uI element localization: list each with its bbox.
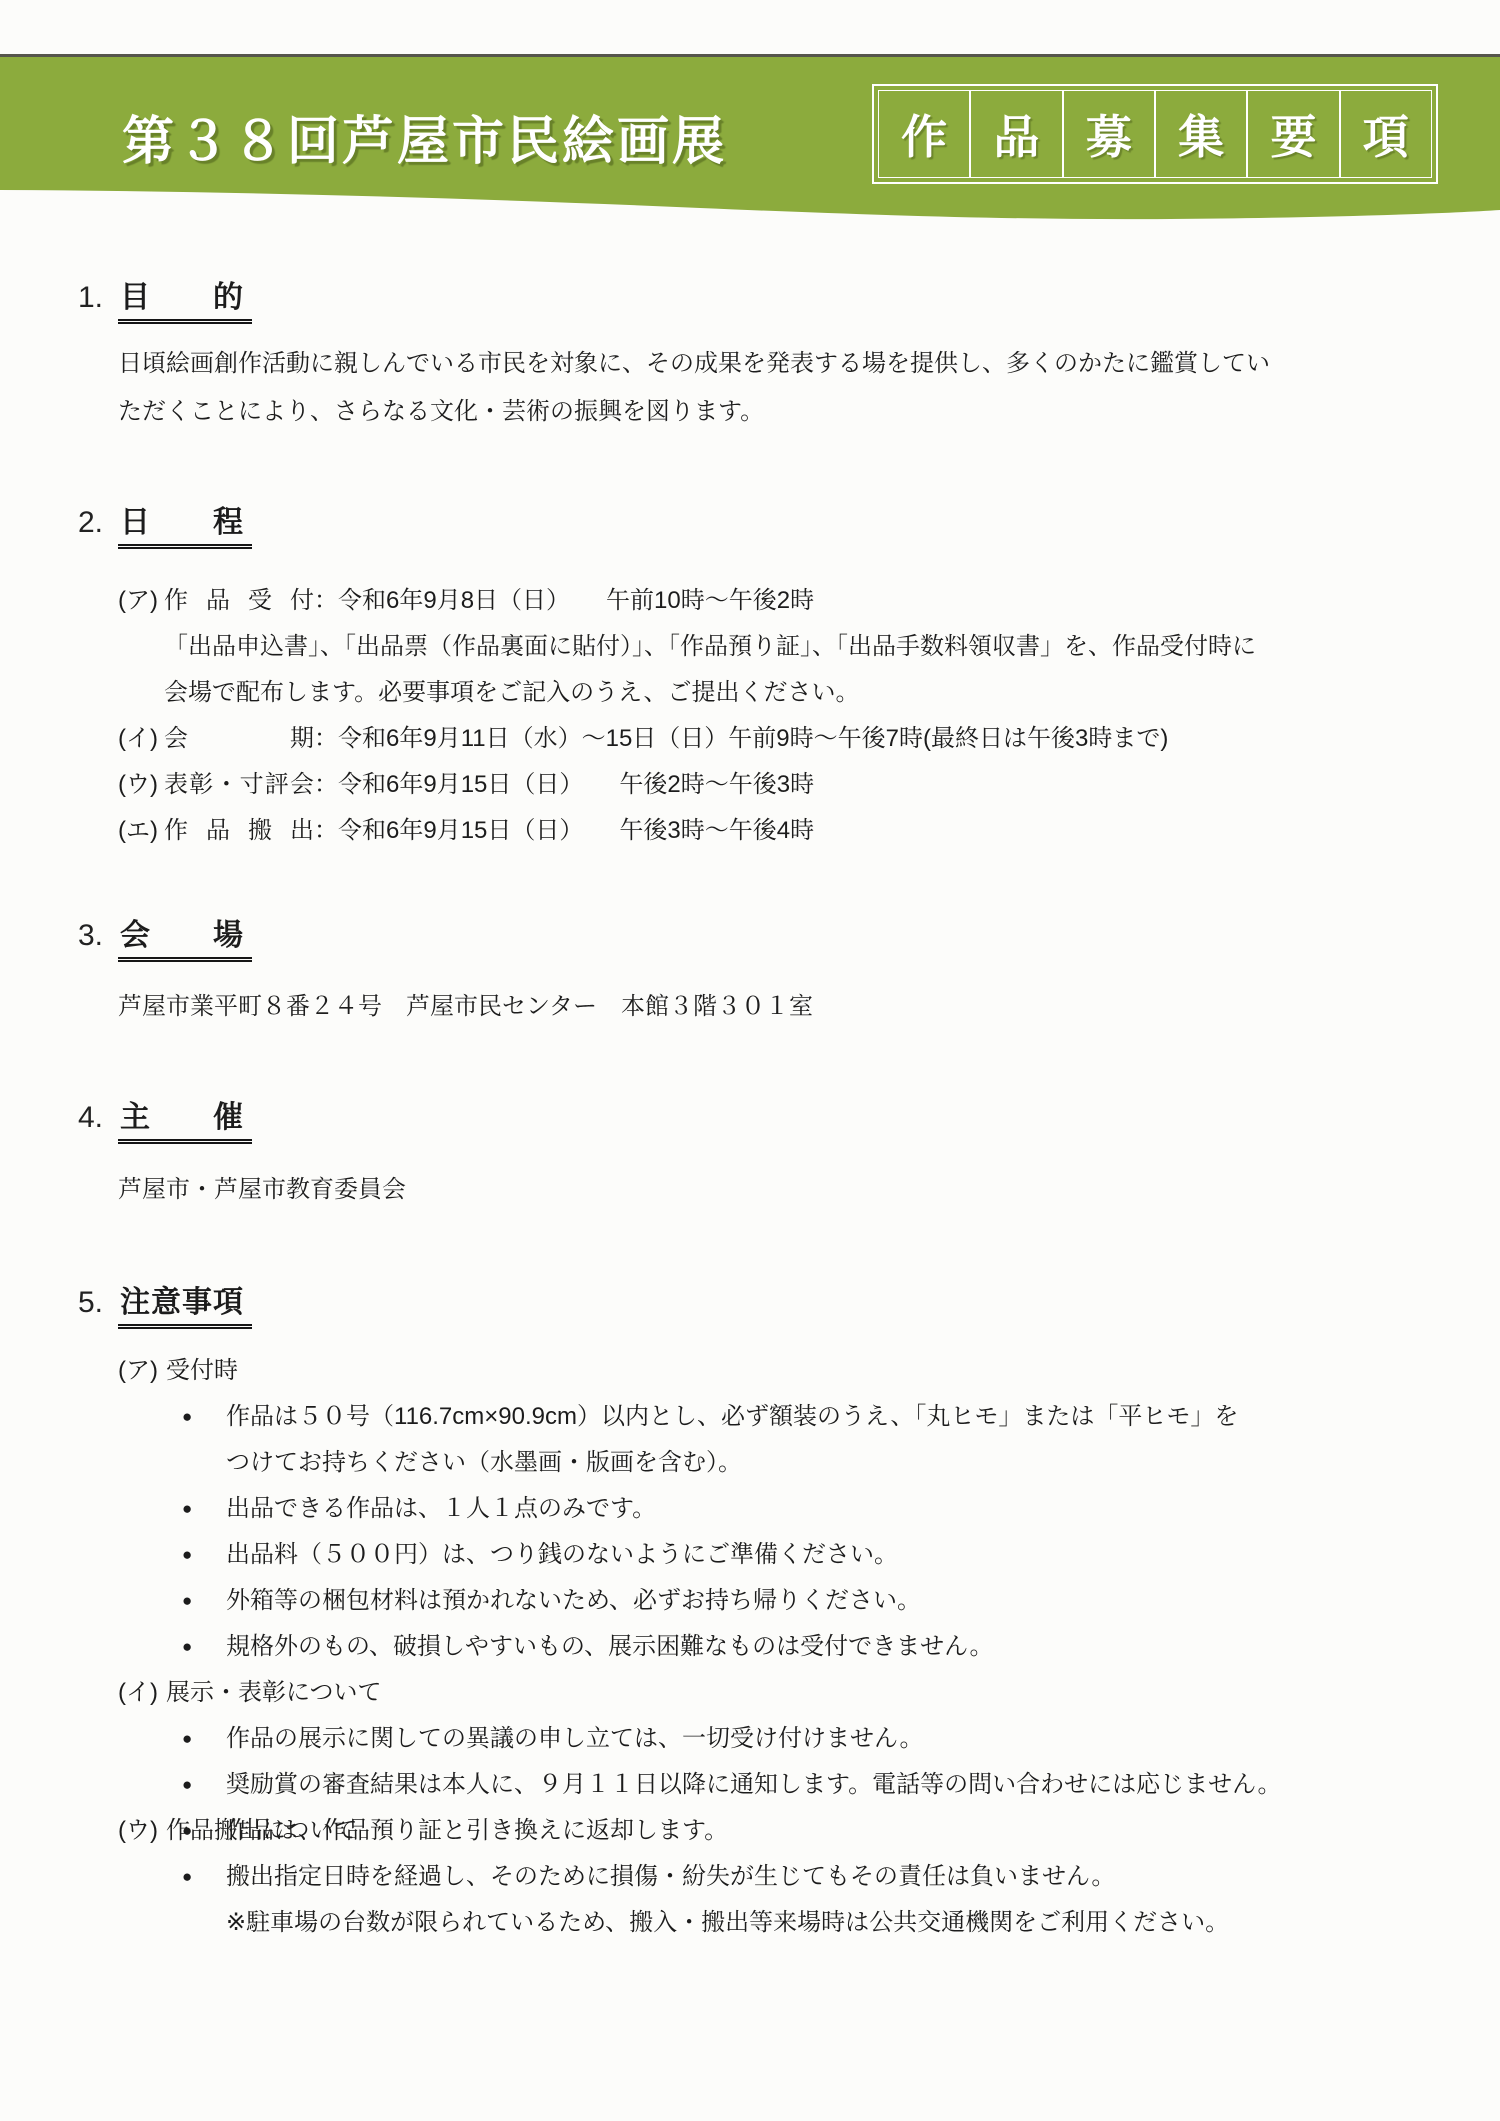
document-page: 第３８回芦屋市民絵画展 作 品 募 集 要 項 1.目 的 日頃絵画創作活動に親… <box>0 0 1500 2121</box>
section-purpose-heading: 1.目 的 <box>78 272 252 316</box>
section-number: 1. <box>78 281 118 315</box>
group-tag: (ア) <box>118 1348 158 1394</box>
venue-body: 芦屋市業平町８番２４号 芦屋市民センター 本館３階３０１室 <box>118 983 1468 1031</box>
parking-footnote: ※駐車場の台数が限られているため、搬入・搬出等来場時は公共交通機関をご利用くださ… <box>226 1900 1468 1946</box>
group-tag: (ウ) <box>118 1808 158 1854</box>
bullet-icon: ● <box>182 1394 226 1486</box>
bullet-text: 出品できる作品は、１人１点のみです。 <box>226 1486 1468 1532</box>
box-char: 項 <box>1341 91 1431 177</box>
group-tag: (イ) <box>118 1670 158 1716</box>
bullet-icon: ● <box>182 1578 226 1624</box>
item-label: 作品搬出 <box>164 808 314 854</box>
schedule-item-pickup: (エ)作品搬出：令和6年9月15日（日） 午後3時～午後4時 <box>118 808 1488 854</box>
schedule-item-reception: (ア)作品受付：令和6年9月8日（日） 午前10時～午後2時 <box>118 578 1488 624</box>
item-tag: (ア) <box>118 578 164 624</box>
bullet-text: 規格外のもの、破損しやすいもの、展示困難なものは受付できません。 <box>226 1624 1468 1670</box>
item-value: ：令和6年9月8日（日） 午前10時～午後2時 <box>314 578 814 624</box>
note-bullet: ● 作品の展示に関しての異議の申し立ては、一切受け付けません。 <box>118 1716 1468 1762</box>
bullet-text: 作品は５０号（116.7cm×90.9cm）以内とし、必ず額装のうえ、「丸ヒモ」… <box>226 1394 1468 1486</box>
bullet-icon: ● <box>182 1624 226 1670</box>
banner-wave-path <box>0 188 1500 219</box>
exhibition-title: 第３８回芦屋市民絵画展 <box>122 99 727 174</box>
note-bullet: ● 出品料（５００円）は、つり銭のないようにご準備ください。 <box>118 1532 1468 1578</box>
bullet-icon: ● <box>182 1762 226 1808</box>
item-value: ：令和6年9月15日（日） 午後3時～午後4時 <box>314 808 814 854</box>
bullet-icon: ● <box>182 1532 226 1578</box>
recruitment-guideline-box-inner: 作 品 募 集 要 項 <box>878 90 1432 178</box>
bullet-text: 作品は、作品預り証と引き換えに返却します。 <box>226 1808 1468 1854</box>
notes-group-reception: (ア)受付時 <box>118 1348 1468 1394</box>
notes-list: (ア)受付時 ● 作品は５０号（116.7cm×90.9cm）以内とし、必ず額装… <box>118 1348 1468 1946</box>
box-char: 集 <box>1156 91 1248 177</box>
item-label: 会期 <box>164 716 314 762</box>
item-tag: (ウ) <box>118 762 164 808</box>
group-title-text: 展示・表彰について <box>166 1679 382 1706</box>
box-char: 作 <box>879 91 971 177</box>
banner-wave-edge <box>0 188 1500 224</box>
bullet-icon: ● <box>182 1716 226 1762</box>
box-char: 募 <box>1064 91 1156 177</box>
section-organizer-heading: 4.主 催 <box>78 1092 252 1136</box>
schedule-item-exhibition-period: (イ)会期：令和6年9月11日（水）～15日（日）午前9時～午後7時(最終日は午… <box>118 716 1488 762</box>
schedule-list: (ア)作品受付：令和6年9月8日（日） 午前10時～午後2時 「出品申込書」、「… <box>118 578 1488 854</box>
bullet-icon: ● <box>182 1486 226 1532</box>
item-value: ：令和6年9月15日（日） 午後2時～午後3時 <box>314 762 814 808</box>
section-title: 目 的 <box>118 281 252 324</box>
note-bullet: ● 規格外のもの、破損しやすいもの、展示困難なものは受付できません。 <box>118 1624 1468 1670</box>
schedule-item-award-ceremony: (ウ)表彰・寸評会：令和6年9月15日（日） 午後2時～午後3時 <box>118 762 1488 808</box>
note-bullet: ● 奨励賞の審査結果は本人に、９月１１日以降に通知します。電話等の問い合わせには… <box>118 1762 1468 1808</box>
bullet-text: 奨励賞の審査結果は本人に、９月１１日以降に通知します。電話等の問い合わせには応じ… <box>226 1762 1468 1808</box>
section-number: 4. <box>78 1101 118 1135</box>
section-notes-heading: 5.注意事項 <box>78 1277 252 1321</box>
bullet-icon: ● <box>182 1808 226 1854</box>
item-label: 表彰・寸評会 <box>164 762 314 808</box>
note-bullet: ● 作品は５０号（116.7cm×90.9cm）以内とし、必ず額装のうえ、「丸ヒ… <box>118 1394 1468 1486</box>
note-bullet: ● 搬出指定日時を経過し、そのために損傷・紛失が生じてもその責任は負いません。 <box>118 1854 1468 1900</box>
schedule-handout-note: 「出品申込書」、「出品票（作品裏面に貼付）」、「作品預り証」、「出品手数料領収書… <box>164 624 1494 716</box>
item-value: ：令和6年9月11日（水）～15日（日）午前9時～午後7時(最終日は午後3時まで… <box>314 716 1168 762</box>
notes-group-exhibition-awards: (イ)展示・表彰について <box>118 1670 1468 1716</box>
item-label: 作品受付 <box>164 578 314 624</box>
section-title: 会 場 <box>118 919 252 962</box>
note-bullet: ● 出品できる作品は、１人１点のみです。 <box>118 1486 1468 1532</box>
section-title: 主 催 <box>118 1101 252 1144</box>
bullet-text: 作品の展示に関しての異議の申し立ては、一切受け付けません。 <box>226 1716 1468 1762</box>
section-title: 注意事項 <box>118 1286 252 1329</box>
purpose-body: 日頃絵画創作活動に親しんでいる市民を対象に、その成果を発表する場を提供し、多くの… <box>118 340 1468 436</box>
section-number: 3. <box>78 919 118 953</box>
section-title: 日 程 <box>118 506 252 549</box>
note-bullet: ● 作品は、作品預り証と引き換えに返却します。 <box>118 1808 1468 1854</box>
group-title-text: 受付時 <box>166 1357 238 1384</box>
section-schedule-heading: 2.日 程 <box>78 497 252 541</box>
organizer-body: 芦屋市・芦屋市教育委員会 <box>118 1166 1468 1214</box>
item-tag: (イ) <box>118 716 164 762</box>
box-char: 要 <box>1248 91 1340 177</box>
item-tag: (エ) <box>118 808 164 854</box>
section-number: 5. <box>78 1286 118 1320</box>
bullet-text: 搬出指定日時を経過し、そのために損傷・紛失が生じてもその責任は負いません。 <box>226 1854 1468 1900</box>
section-venue-heading: 3.会 場 <box>78 910 252 954</box>
bullet-text: 外箱等の梱包材料は預かれないため、必ずお持ち帰りください。 <box>226 1578 1468 1624</box>
recruitment-guideline-box: 作 品 募 集 要 項 <box>872 84 1438 184</box>
bullet-icon: ● <box>182 1854 226 1900</box>
bullet-text: 出品料（５００円）は、つり銭のないようにご準備ください。 <box>226 1532 1468 1578</box>
note-bullet: ● 外箱等の梱包材料は預かれないため、必ずお持ち帰りください。 <box>118 1578 1468 1624</box>
box-char: 品 <box>971 91 1063 177</box>
section-number: 2. <box>78 506 118 540</box>
